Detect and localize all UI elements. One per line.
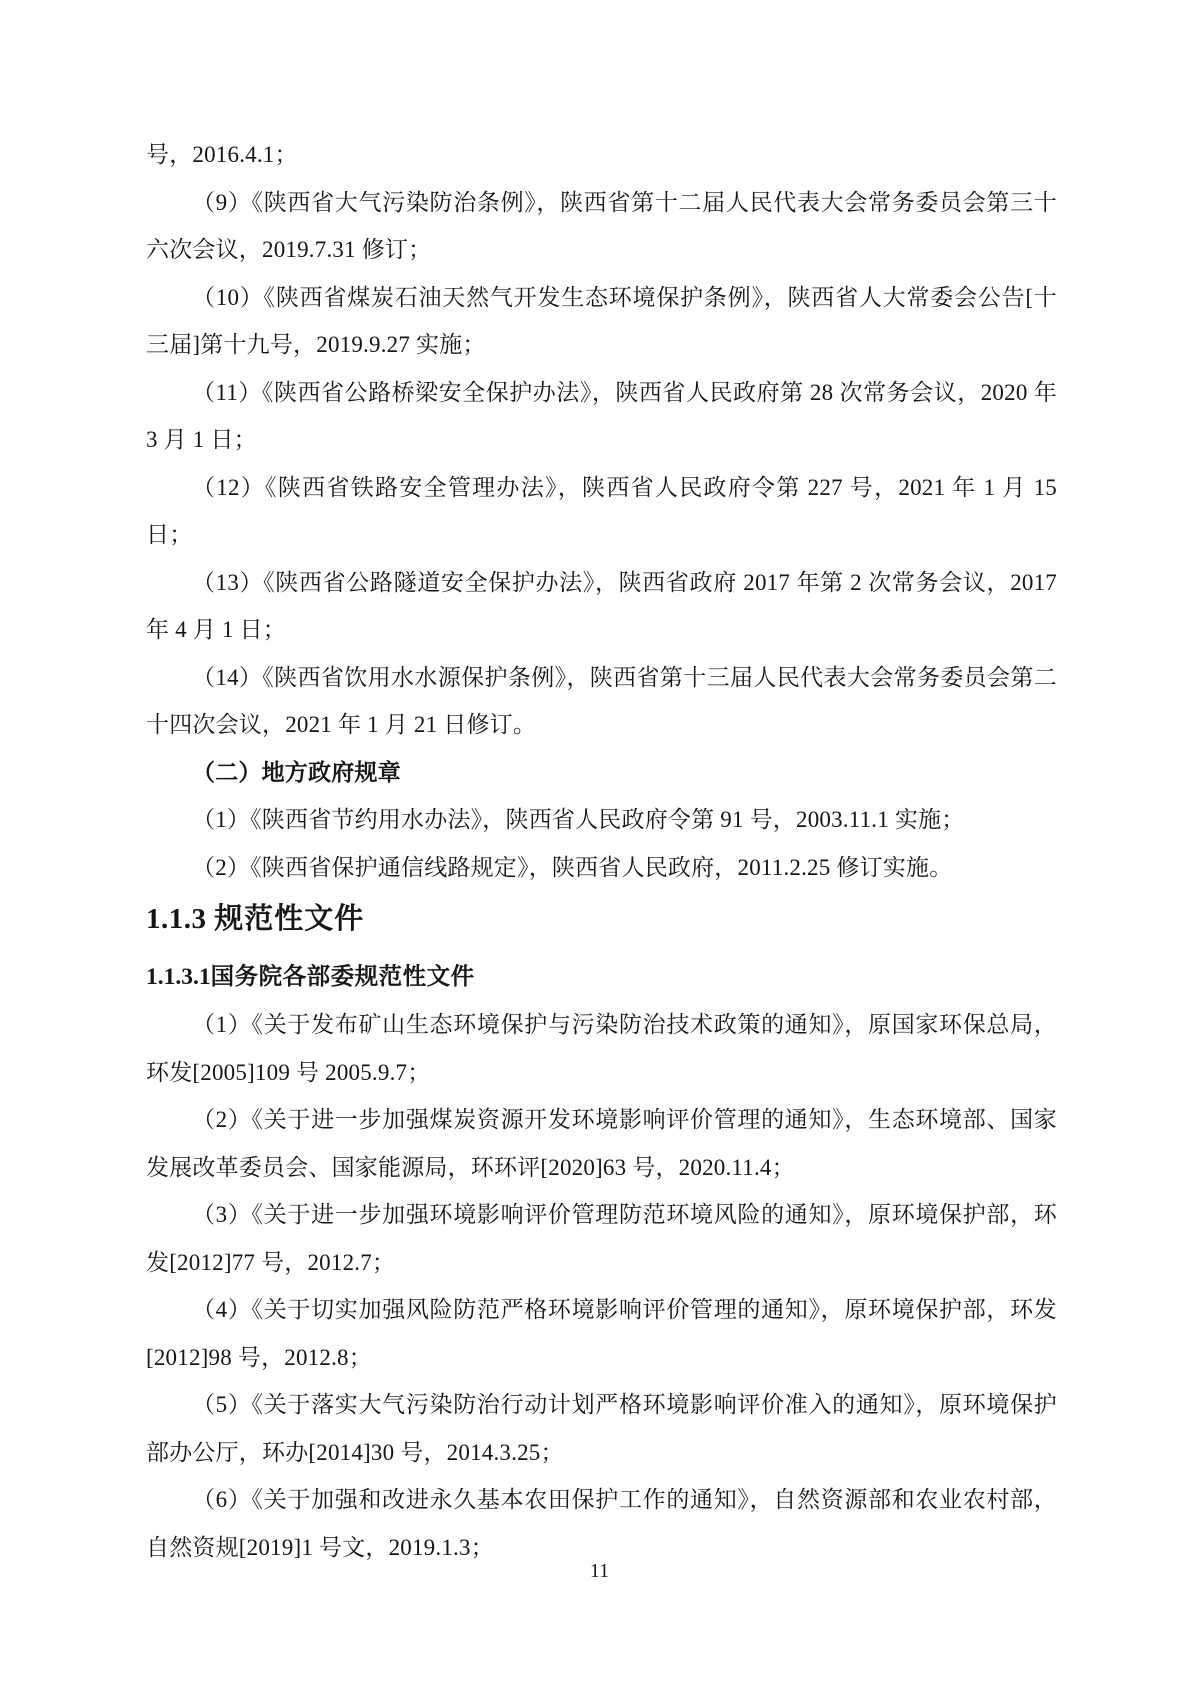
notice-item-2: （2）《关于进一步加强煤炭资源开发环境影响评价管理的通知》，生态环境部、国家发展… xyxy=(146,1096,1057,1191)
legal-item-13: （13）《陕西省公路隧道安全保护办法》，陕西省政府 2017 年第 2 次常务会… xyxy=(146,559,1057,654)
page-number: 11 xyxy=(0,1556,1199,1586)
paragraph-continuation: 号，2016.4.1； xyxy=(146,131,1057,179)
subsection-heading-1-1-3-1: 1.1.3.1国务院各部委规范性文件 xyxy=(146,952,1057,1001)
document-page: 号，2016.4.1； （9）《陕西省大气污染防治条例》，陕西省第十二届人民代表… xyxy=(0,0,1199,1696)
legal-item-9: （9）《陕西省大气污染防治条例》，陕西省第十二届人民代表大会常务委员会第三十六次… xyxy=(146,179,1057,274)
notice-item-4: （4）《关于切实加强风险防范严格环境影响评价管理的通知》，原环境保护部，环发[2… xyxy=(146,1286,1057,1381)
section-heading-number: 1.1.3 xyxy=(146,903,214,935)
subsection-heading-label: 国务院各部委规范性文件 xyxy=(211,963,475,989)
sub-section-title-local-gov-rules: （二）地方政府规章 xyxy=(146,749,1057,797)
legal-item-rule-1: （1）《陕西省节约用水办法》，陕西省人民政府令第 91 号，2003.11.1 … xyxy=(146,796,1057,844)
section-heading-label: 规范性文件 xyxy=(214,903,364,935)
legal-item-11: （11）《陕西省公路桥梁安全保护办法》，陕西省人民政府第 28 次常务会议，20… xyxy=(146,369,1057,464)
legal-item-12: （12）《陕西省铁路安全管理办法》，陕西省人民政府令第 227 号，2021 年… xyxy=(146,464,1057,559)
page-content: 号，2016.4.1； （9）《陕西省大气污染防治条例》，陕西省第十二届人民代表… xyxy=(146,131,1057,1571)
section-heading-1-1-3: 1.1.3 规范性文件 xyxy=(146,891,1057,948)
legal-item-rule-2: （2）《陕西省保护通信线路规定》，陕西省人民政府，2011.2.25 修订实施。 xyxy=(146,844,1057,892)
legal-item-14: （14）《陕西省饮用水水源保护条例》，陕西省第十三届人民代表大会常务委员会第二十… xyxy=(146,654,1057,749)
notice-item-5: （5）《关于落实大气污染防治行动计划严格环境影响评价准入的通知》，原环境保护部办… xyxy=(146,1381,1057,1476)
notice-item-3: （3）《关于进一步加强环境影响评价管理防范环境风险的通知》，原环境保护部，环发[… xyxy=(146,1191,1057,1286)
notice-item-1: （1）《关于发布矿山生态环境保护与污染防治技术政策的通知》，原国家环保总局，环发… xyxy=(146,1001,1057,1096)
subsection-heading-number: 1.1.3.1 xyxy=(146,964,211,990)
legal-item-10: （10）《陕西省煤炭石油天然气开发生态环境保护条例》，陕西省人大常委会公告[十三… xyxy=(146,274,1057,369)
